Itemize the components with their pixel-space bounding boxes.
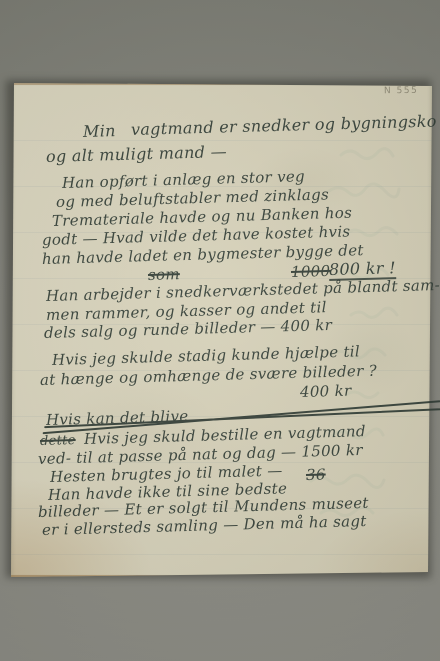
scan-background: N 555 Min vagtmand er snedker og bygning… — [0, 0, 440, 661]
handwritten-line-crossed-out: 1000 — [291, 264, 331, 280]
handwritten-line-crossed-out: 36 — [306, 467, 326, 483]
handwritten-amount: 400 kr — [300, 384, 352, 400]
handwritten-line-crossed-out: som — [148, 267, 180, 283]
handwritten-line: Min — [83, 123, 116, 140]
handwritten-line-crossed-out: dette — [40, 434, 76, 448]
archive-number: N 555 — [384, 86, 418, 97]
